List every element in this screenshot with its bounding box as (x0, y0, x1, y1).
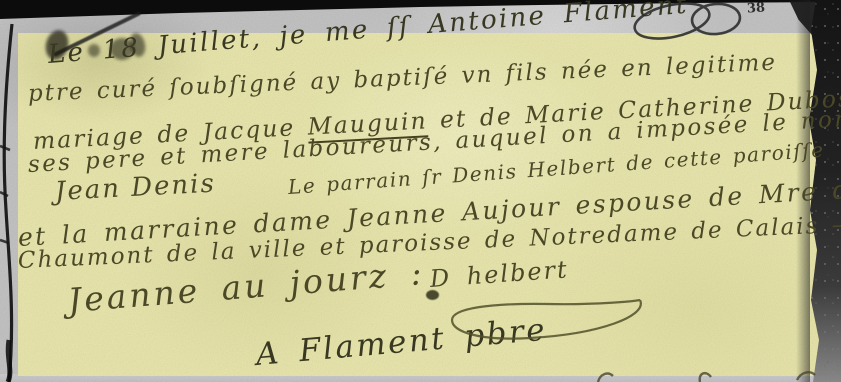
parish-register-scan: Le 18 Juillet, je me ſſ Antoine Flament … (0, 0, 841, 382)
page-number: 38 (746, 0, 765, 16)
